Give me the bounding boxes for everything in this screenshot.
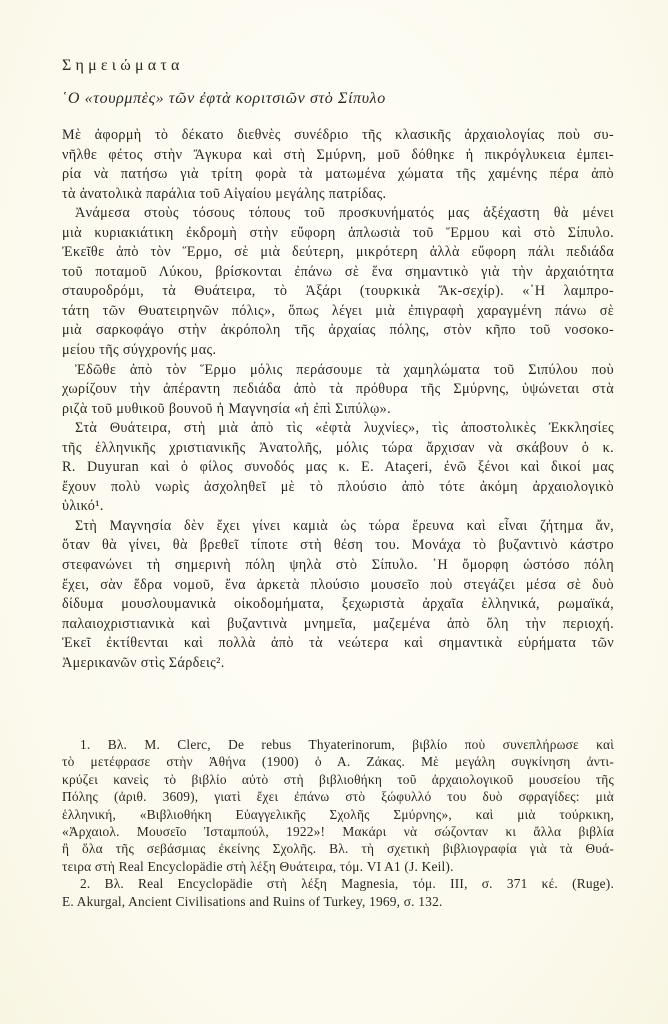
footnote-line: τειρα στὴ Real Encyclopädie στὴ λέξη Θυά… bbox=[62, 858, 614, 875]
footnotes: 1. Βλ. M. Clerc, De rebus Thyaterinorum,… bbox=[62, 736, 614, 910]
footnote-line: 1. Βλ. M. Clerc, De rebus Thyaterinorum,… bbox=[62, 736, 614, 753]
body-text: Μὲ ἀφορμὴ τὸ δέκατο διεθνὲς συνέδριο τῆς… bbox=[62, 126, 614, 673]
body-line: τάτη τῶν Θυατειρηνῶν πόλις», ὅπως λέγει … bbox=[62, 302, 614, 322]
body-line: Ἀνάμεσα στοὺς τόσους τόπους τοῦ προσκυνή… bbox=[62, 204, 614, 224]
page: Σημειώματα ῾Ο «τουρμπὲς» τῶν ἐφτὰ κοριτσ… bbox=[0, 0, 668, 1024]
body-line: δίδυμα μουσλουμανικὰ οἰκοδομήματα, ξεχωρ… bbox=[62, 595, 614, 615]
footnote-line: ἑλληνική, «Βιβλιοθήκη Εὐαγγελικῆς Σχολῆς… bbox=[62, 806, 614, 823]
footnote-line: τὸ μετέφρασε στὴν Ἀθήνα (1900) ὁ Α. Ζάκα… bbox=[62, 753, 614, 770]
section-heading: Σημειώματα bbox=[62, 57, 184, 75]
footnote-line: 2. Βλ. Real Encyclopädie στὴ λέξη Magnes… bbox=[62, 875, 614, 892]
footnote-line: E. Akurgal, Ancient Civilisations and Ru… bbox=[62, 893, 614, 910]
body-line: μείου τῆς σύγχρονής μας. bbox=[62, 341, 614, 361]
footnote-line: κρύζει κανεὶς τὸ βιβλίο αὐτὸ στὴ βιβλιοθ… bbox=[62, 771, 614, 788]
body-line: τὰ ἀνατολικὰ παράλια τοῦ Αἰγαίου μεγάλης… bbox=[62, 185, 614, 205]
body-line: νῆλθε φέτος στὴν Ἄγκυρα καὶ στὴ Σμύρνη, … bbox=[62, 146, 614, 166]
body-line: Ἐκεῖθε ἀπὸ τὸν Ἕρμο, σὲ μιὰ δεύτερη, μικ… bbox=[62, 243, 614, 263]
body-line: Μὲ ἀφορμὴ τὸ δέκατο διεθνὲς συνέδριο τῆς… bbox=[62, 126, 614, 146]
body-line: Ἀμερικανῶν στὶς Σάρδεις². bbox=[62, 654, 614, 674]
article-title: ῾Ο «τουρμπὲς» τῶν ἐφτὰ κοριτσιῶν στὸ Σίπ… bbox=[62, 90, 386, 108]
body-line: μιὰ σαρκοφάγο στὴν ἀκρόπολη τῆς ἀρχαίας … bbox=[62, 321, 614, 341]
body-line: παλαιοχριστιανικὰ καὶ βυζαντινὰ μνημεῖα,… bbox=[62, 615, 614, 635]
body-line: χωρίζουν τὴν ἀπέραντη πεδιάδα ἀπὸ τὰ πρό… bbox=[62, 380, 614, 400]
body-line: σταυροδρόμι, τὰ Θυάτειρα, τὸ Ἀξάρι (τουρ… bbox=[62, 282, 614, 302]
body-line: ἔχουν πολὺ νωρὶς ἀσχοληθεῖ μὲ τὸ πλούσιο… bbox=[62, 478, 614, 498]
body-line: ριζὰ τοῦ μυθικοῦ βουνοῦ ἡ Μαγνησία «ἡ ἐπ… bbox=[62, 400, 614, 420]
body-line: Στὴ Μαγνησία δὲν ἔχει γίνει καμιὰ ὡς τώρ… bbox=[62, 517, 614, 537]
body-line: Ἐκεῖ ἐκτίθενται καὶ πολλὰ ἀπὸ τὰ νεώτερα… bbox=[62, 634, 614, 654]
footnote-line: ἢ ὅλα τῆς σεβάσμιας ἐκείνης Σχολῆς. Βλ. … bbox=[62, 840, 614, 857]
body-line: ἔχει, σὰν ἕδρα νομοῦ, ἕνα ἀρκετὰ πλούσιο… bbox=[62, 576, 614, 596]
body-line: R. Duyuran καὶ ὁ φίλος συνοδός μας κ. E.… bbox=[62, 458, 614, 478]
body-line: στεφανώνει τὴ σημερινὴ πόλη ψηλὰ στὸ Σίπ… bbox=[62, 556, 614, 576]
body-line: Ἐδῶθε ἀπὸ τὸν Ἕρμο μόλις περάσουμε τὰ χα… bbox=[62, 361, 614, 381]
body-line: ὑλικό¹. bbox=[62, 497, 614, 517]
body-line: ρία νὰ πατήσω γιὰ τρίτη φορὰ τὰ ματωμένα… bbox=[62, 165, 614, 185]
body-line: τῆς ἑλληνικῆς χριστιανικῆς Ἀνατολῆς, μόλ… bbox=[62, 439, 614, 459]
body-line: Στὰ Θυάτειρα, στὴ μιὰ ἀπὸ τὶς «ἐφτὰ λυχν… bbox=[62, 419, 614, 439]
body-line: μιὰ κυριακιάτικη ἐκδρομὴ στὴν εὔφορη ἁπλ… bbox=[62, 224, 614, 244]
body-line: ὅταν θὰ γίνει, θὰ βρεθεῖ τίποτε στὴ θέση… bbox=[62, 536, 614, 556]
footnote-line: Πόλης (ἀριθ. 3609), γιατὶ ἔχει ἐπάνω στὸ… bbox=[62, 788, 614, 805]
footnote-line: «Ἀρχαιολ. Μουσεῖο Ἰσταμπούλ, 1922»! Μακά… bbox=[62, 823, 614, 840]
body-line: τοῦ ποταμοῦ Λύκου, βρίσκονται ἐπάνω σὲ ἕ… bbox=[62, 263, 614, 283]
